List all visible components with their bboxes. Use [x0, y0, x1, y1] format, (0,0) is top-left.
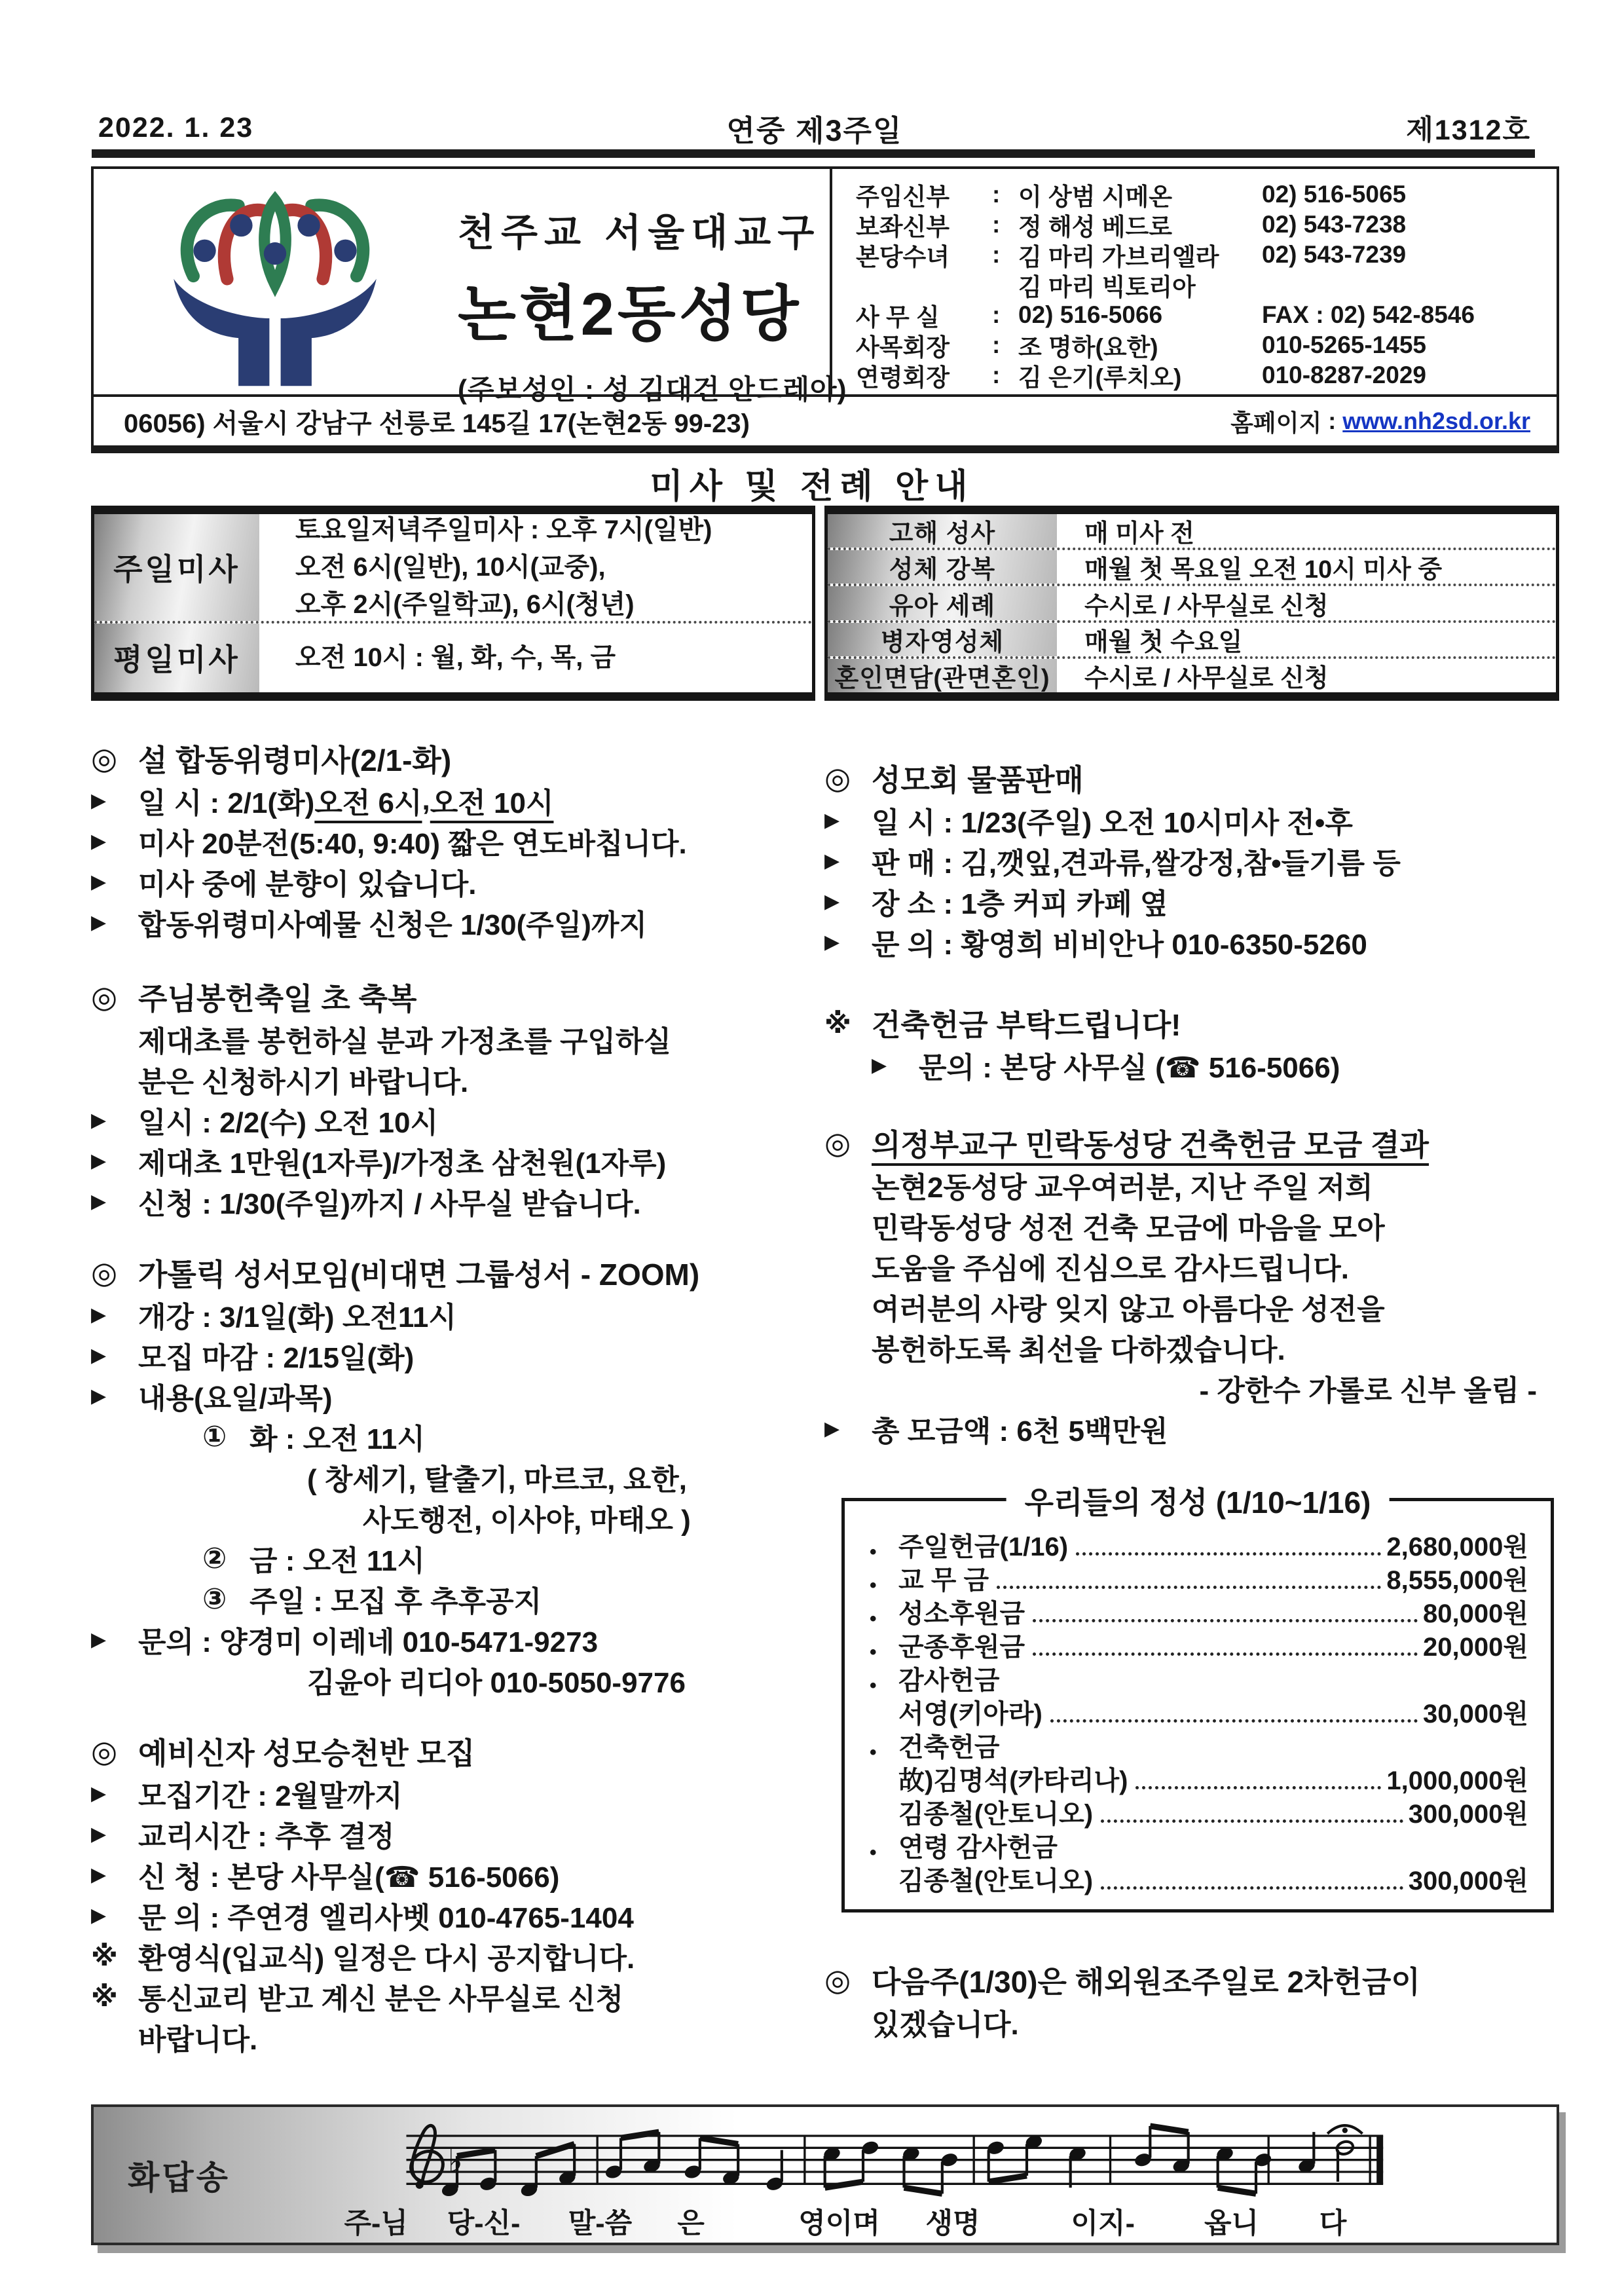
arrow-marker-icon: ▶ — [824, 809, 872, 832]
text-segment: 판 매 : 김,깻잎,견과류,쌀강정,참•들기름 등 — [872, 840, 1401, 882]
text-line: ▶문 의 : 황영희 비비안나 010-6350-5260 — [824, 922, 1559, 962]
donation-row: 김종철(안토니오)300,000원 — [864, 1797, 1528, 1831]
donation-label: 군종후원금 — [898, 1626, 1025, 1664]
donation-label: 연령 감사헌금 — [898, 1827, 1058, 1864]
psalm-syllable: 영이며 — [798, 2201, 880, 2241]
text-line: ▶합동위령미사예물 신청은 1/30(주일)까지 — [91, 902, 811, 942]
text-line: ▶일 시 : 1/23(주일) 오전 10시미사 전•후 — [824, 800, 1559, 840]
contact-phone: 02) 516-5065 — [1262, 181, 1543, 208]
text-line: ▶모집기간 : 2월말까지 — [91, 1773, 811, 1814]
text-segment: 일시 : 2/2(수) 오전 10시 — [138, 1099, 438, 1141]
masthead-box: 천주교 서울대교구 논현2동성당 (주보성인 : 성 김대건 안드레아) 주임신… — [91, 166, 1559, 453]
text-line: 사도행전, 이사야, 마태오 ) — [91, 1497, 811, 1538]
donation-amount: 1,000,000원 — [1386, 1760, 1528, 1797]
bullet-marker-icon: • — [864, 1641, 898, 1664]
donation-row: •군종후원금20,000원 — [864, 1630, 1528, 1664]
donation-label: 故)김명석(카타리나) — [898, 1760, 1128, 1797]
text-line: ▶문 의 : 주연경 엘리사벳 010-4765-1404 — [91, 1895, 811, 1935]
dot-leader — [1050, 1719, 1418, 1723]
text-line: 김윤아 리디아 010-5050-9776 — [91, 1660, 811, 1700]
text-segment: , — [422, 784, 430, 817]
sacrament-label: 혼인면담(관면혼인) — [828, 659, 1057, 692]
arrow-marker-icon: ▶ — [91, 1344, 138, 1367]
bullet-marker-icon: • — [864, 1742, 898, 1764]
arrow-marker-icon: ▶ — [91, 1904, 138, 1927]
text-line: ③주일 : 모집 후 추후공지 — [91, 1578, 811, 1619]
text-segment: 일 시 : 1/23(주일) 오전 10시미사 전•후 — [872, 799, 1353, 841]
psalm-syllable: 옵니 — [1204, 2201, 1259, 2241]
arrow-marker-icon: ▶ — [91, 1303, 138, 1326]
text-line: ▶문의 : 본당 사무실 (☎ 516-5066) — [824, 1045, 1559, 1085]
reference-marker-icon: ※ — [91, 1940, 138, 1972]
arrow-marker-icon: ▶ — [91, 1149, 138, 1172]
text-segment: 화 : 오전 11시 — [249, 1415, 425, 1457]
left-column: ◎설 합동위령미사(2/1-화)▶일 시 : 2/1(화) 오전 6시, 오전 … — [91, 737, 811, 2057]
arrow-marker-icon: ▶ — [91, 1109, 138, 1132]
section-heading: ◎가톨릭 성서모임(비대면 그룹성서 - ZOOM) — [91, 1251, 811, 1294]
text-segment: 통신교리 받고 계신 분은 사무실로 신청 — [138, 1975, 623, 2017]
text-segment: 봉헌하도록 최선을 다하겠습니다. — [872, 1326, 1285, 1368]
text-line: ▶신 청 : 본당 사무실(☎ 516-5066) — [91, 1854, 811, 1895]
address-bar: 06056) 서울시 강남구 선릉로 145길 17(논현2동 99-23) 홈… — [94, 394, 1557, 445]
dot-leader — [1033, 1619, 1418, 1622]
arrow-marker-icon: ▶ — [872, 1054, 919, 1077]
text-line: ▶일 시 : 2/1(화) 오전 6시, 오전 10시 — [91, 780, 811, 821]
contact-separator: : — [992, 301, 1018, 329]
bullet-marker-icon: • — [864, 1608, 898, 1630]
responsorial-psalm-label: 화답송 — [128, 2152, 231, 2199]
psalm-syllable: 주-님 — [344, 2201, 408, 2241]
text-segment: 장 소 : 1층 커피 카페 옆 — [872, 880, 1168, 922]
text-segment: 문의 : 본당 사무실 (☎ 516-5066) — [919, 1044, 1340, 1086]
bullet-marker-icon: • — [864, 1575, 898, 1597]
arrow-marker-icon: ▶ — [91, 1782, 138, 1805]
text-line: ▶제대초 1만원(1자루)/가정초 삼천원(1자루) — [91, 1140, 811, 1181]
double-circle-marker-icon: ◎ — [824, 760, 872, 796]
text-segment: ( 창세기, 탈출기, 마르코, 요한, — [307, 1456, 687, 1498]
donation-label: 김종철(안토니오) — [898, 1793, 1093, 1831]
section-heading: ◎예비신자 성모승천반 모집 — [91, 1730, 811, 1773]
text-segment: 문 의 : 주연경 엘리사벳 010-4765-1404 — [138, 1894, 634, 1936]
text-line: ▶내용(요일/과목) — [91, 1375, 811, 1416]
text-line: 논현2동성당 교우여러분, 지난 주일 저희 — [824, 1165, 1559, 1205]
sacrament-label: 병자영성체 — [828, 623, 1057, 656]
text-line: 봉헌하도록 최선을 다하겠습니다. — [824, 1327, 1559, 1368]
sacrament-label: 성체 강복 — [828, 550, 1057, 584]
arrow-marker-icon: ▶ — [824, 849, 872, 872]
donation-label: 성소후원금 — [898, 1593, 1025, 1630]
sacrament-row: 병자영성체매월 첫 수요일 — [828, 623, 1556, 659]
arrow-marker-icon: ▶ — [91, 1385, 138, 1408]
reference-marker-icon: ③ — [202, 1582, 249, 1616]
sacrament-value: 수시로 / 사무실로 신청 — [1057, 659, 1556, 692]
arrow-marker-icon: ▶ — [824, 890, 872, 913]
donation-row: •교 무 금8,555,000원 — [864, 1563, 1528, 1597]
text-line: 민락동성당 성전 건축 모금에 마음을 모아 — [824, 1205, 1559, 1246]
section-heading: ◎설 합동위령미사(2/1-화) — [91, 737, 811, 780]
text-line: 바랍니다. — [91, 2017, 811, 2057]
announcement-section: ◎예비신자 성모승천반 모집▶모집기간 : 2월말까지▶교리시간 : 추후 결정… — [91, 1730, 811, 2057]
donation-label: 교 무 금 — [898, 1559, 989, 1597]
church-name: 논현2동성당 — [458, 266, 847, 352]
bulletin-page: 2022. 1. 23 연중 제3주일 제1312호 — [0, 0, 1624, 2295]
announcement-section: ◎다음주(1/30)은 해외원조주일로 2차헌금이있겠습니다. — [824, 1958, 1559, 2042]
text-line: 분은 신청하시기 바랍니다. — [91, 1059, 811, 1100]
mass-row-content: 오전 10시 : 월, 화, 수, 목, 금 — [259, 624, 812, 692]
contact-name: 김 마리 빅토리아 — [1018, 267, 1262, 303]
sacrament-row: 혼인면담(관면혼인)수시로 / 사무실로 신청 — [828, 659, 1556, 692]
reference-marker-icon: ② — [202, 1542, 249, 1575]
text-segment: 논현2동성당 교우여러분, 지난 주일 저희 — [872, 1164, 1373, 1206]
text-line: ▶총 모금액 : 6천 5백만원 — [824, 1408, 1559, 1449]
text-segment: 환영식(입교식) 일정은 다시 공지합니다. — [138, 1935, 635, 1977]
text-line: 도움을 주심에 진심으로 감사드립니다. — [824, 1246, 1559, 1286]
donation-amount: 20,000원 — [1423, 1626, 1528, 1664]
text-line: 있겠습니다. — [824, 2002, 1559, 2042]
text-segment: 오전 10시 — [430, 779, 554, 821]
svg-text:♭: ♭ — [448, 2144, 463, 2179]
text-segment: 건축헌금 부탁드립니다! — [872, 1001, 1181, 1045]
text-segment: 제대초를 봉헌하실 분과 가정초를 구입하실 — [138, 1018, 671, 1060]
text-line: ▶판 매 : 김,깻잎,견과류,쌀강정,참•들기름 등 — [824, 840, 1559, 881]
text-line: 여러분의 사랑 잊지 않고 아름다운 성전을 — [824, 1286, 1559, 1327]
contact-row: 사 무 실:02) 516-5066FAX : 02) 542-8546 — [856, 300, 1543, 330]
arrow-marker-icon: ▶ — [91, 870, 138, 893]
text-line: ▶개강 : 3/1일(화) 오전11시 — [91, 1294, 811, 1335]
homepage-row: 홈페이지 : www.nh2sd.or.kr — [1230, 405, 1530, 438]
contact-phone: 010-5265-1455 — [1262, 331, 1543, 359]
text-line: ②금 : 오전 11시 — [91, 1538, 811, 1578]
text-line: ①화 : 오전 11시 — [91, 1416, 811, 1457]
diocese-name: 천주교 서울대교구 — [458, 202, 847, 257]
text-segment: 민락동성당 성전 건축 모금에 마음을 모아 — [872, 1204, 1385, 1246]
contact-row: 보좌신부:정 해성 베드로02) 543-7238 — [856, 210, 1543, 240]
text-line: ▶문의 : 양경미 이레네 010-5471-9273 — [91, 1619, 811, 1660]
text-segment: 신청 : 1/30(주일)까지 / 사무실 받습니다. — [138, 1180, 641, 1222]
donation-row: •감사헌금 — [864, 1664, 1528, 1697]
psalm-syllable: 은 — [677, 2201, 705, 2241]
text-segment: 총 모금액 : 6천 5백만원 — [872, 1408, 1168, 1449]
donation-label: 서영(키아라) — [898, 1693, 1043, 1730]
donation-label: 김종철(안토니오) — [898, 1860, 1093, 1897]
text-line: - 강한수 가롤로 신부 올림 - — [824, 1368, 1559, 1408]
top-bar: 2022. 1. 23 연중 제3주일 제1312호 — [98, 109, 1531, 147]
text-line: ▶장 소 : 1층 커피 카페 옆 — [824, 881, 1559, 922]
text-line: ▶미사 20분전(5:40, 9:40) 짧은 연도바칩니다. — [91, 821, 811, 861]
church-logo-icon — [134, 189, 416, 395]
announcement-section: ◎가톨릭 성서모임(비대면 그룹성서 - ZOOM)▶개강 : 3/1일(화) … — [91, 1251, 811, 1700]
sacrament-value: 매월 첫 목요일 오전 10시 미사 중 — [1057, 550, 1556, 584]
responsorial-psalm-box: 화답송 ♭ 주-님당-신-말-씀은영이며생명이지-옵니다 — [91, 2104, 1559, 2245]
mass-row-label: 주일미사 — [94, 514, 259, 621]
text-segment: 합동위령미사예물 신청은 1/30(주일)까지 — [138, 901, 647, 943]
arrow-marker-icon: ▶ — [824, 931, 872, 954]
mass-time-line: 오전 10시 : 월, 화, 수, 목, 금 — [295, 639, 812, 677]
text-segment: 문의 : 양경미 이레네 010-5471-9273 — [138, 1618, 598, 1660]
contact-name: 02) 516-5066 — [1018, 301, 1262, 329]
text-segment: 김윤아 리디아 010-5050-9776 — [307, 1659, 686, 1701]
sacrament-value: 수시로 / 사무실로 신청 — [1057, 586, 1556, 620]
issue-date: 2022. 1. 23 — [98, 112, 253, 144]
top-divider-rule — [92, 149, 1535, 158]
church-name-block: 천주교 서울대교구 논현2동성당 (주보성인 : 성 김대건 안드레아) — [458, 202, 847, 407]
right-column: ◎성모회 물품판매▶일 시 : 1/23(주일) 오전 10시미사 전•후▶판 … — [824, 737, 1559, 2042]
sacrament-row: 성체 강복매월 첫 목요일 오전 10시 미사 중 — [828, 550, 1556, 586]
sacrament-value: 매 미사 전 — [1057, 514, 1556, 548]
text-segment: 예비신자 성모승천반 모집 — [138, 1730, 475, 1773]
mass-time-line: 토요일저녁주일미사 : 오후 7시(일반) — [295, 512, 812, 549]
street-address: 06056) 서울시 강남구 선릉로 145길 17(논현2동 99-23) — [124, 403, 750, 440]
donation-row: 김종철(안토니오)300,000원 — [864, 1864, 1528, 1897]
contact-row: 본당수녀:김 마리 가브리엘라02) 543-7239 — [856, 240, 1543, 270]
announcement-section: ◎설 합동위령미사(2/1-화)▶일 시 : 2/1(화) 오전 6시, 오전 … — [91, 737, 811, 942]
music-staff: ♭ — [284, 2110, 1495, 2201]
masthead-main: 천주교 서울대교구 논현2동성당 (주보성인 : 성 김대건 안드레아) 주임신… — [94, 169, 1557, 394]
donation-row: •건축헌금 — [864, 1730, 1528, 1764]
section-heading: ※건축헌금 부탁드립니다! — [824, 1001, 1559, 1045]
section-heading: ◎성모회 물품판매 — [824, 756, 1559, 800]
text-segment: 성모회 물품판매 — [872, 756, 1084, 800]
announcement-section: ◎성모회 물품판매▶일 시 : 1/23(주일) 오전 10시미사 전•후▶판 … — [824, 756, 1559, 962]
sacrament-label: 유아 세례 — [828, 586, 1057, 620]
mass-table-row: 평일미사오전 10시 : 월, 화, 수, 목, 금 — [94, 624, 812, 692]
donation-amount: 30,000원 — [1423, 1693, 1528, 1730]
arrow-marker-icon: ▶ — [91, 1823, 138, 1846]
bullet-marker-icon: • — [864, 1541, 898, 1563]
text-line: ▶미사 중에 분향이 있습니다. — [91, 861, 811, 902]
contact-name: 김 은기(루치오) — [1018, 358, 1262, 393]
dot-leader — [1101, 1886, 1403, 1890]
contact-row: 연령회장:김 은기(루치오)010-8287-2029 — [856, 360, 1543, 390]
homepage-separator: : — [1328, 407, 1336, 435]
arrow-marker-icon: ▶ — [91, 1863, 138, 1886]
mass-time-line: 오전 6시(일반), 10시(교중), — [295, 549, 812, 586]
psalm-syllable: 생명 — [926, 2201, 980, 2241]
text-segment: 여러분의 사랑 잊지 않고 아름다운 성전을 — [872, 1286, 1385, 1328]
double-circle-marker-icon: ◎ — [91, 979, 138, 1015]
text-segment: 있겠습니다. — [872, 2001, 1019, 2043]
text-line: ※통신교리 받고 계신 분은 사무실로 신청 — [91, 1976, 811, 2017]
double-circle-marker-icon: ◎ — [824, 1962, 872, 1998]
arrow-marker-icon: ▶ — [91, 1628, 138, 1651]
text-segment: 제대초 1만원(1자루)/가정초 삼천원(1자루) — [138, 1140, 666, 1182]
sacrament-value: 매월 첫 수요일 — [1057, 623, 1556, 656]
contact-role: 본당수녀 — [856, 237, 992, 272]
arrow-marker-icon: ▶ — [824, 1417, 872, 1440]
text-segment: 미사 중에 분향이 있습니다. — [138, 861, 476, 903]
donation-amount: 300,000원 — [1409, 1793, 1528, 1831]
text-segment: 금 : 오전 11시 — [249, 1537, 425, 1579]
text-segment: - 강한수 가롤로 신부 올림 - — [1200, 1367, 1537, 1409]
liturgical-week-title: 연중 제3주일 — [727, 107, 903, 149]
text-segment: 다음주(1/30)은 해외원조주일로 2차헌금이 — [872, 1958, 1420, 2002]
text-line: ※환영식(입교식) 일정은 다시 공지합니다. — [91, 1935, 811, 1976]
arrow-marker-icon: ▶ — [91, 789, 138, 812]
contact-separator: : — [992, 331, 1018, 359]
reference-marker-icon: ① — [202, 1420, 249, 1453]
contact-row: 김 마리 빅토리아 — [856, 270, 1543, 300]
contact-role: 연령회장 — [856, 358, 992, 393]
mass-row-content: 토요일저녁주일미사 : 오후 7시(일반)오전 6시(일반), 10시(교중),… — [259, 514, 812, 621]
contact-phone: 02) 543-7239 — [1262, 241, 1543, 269]
donation-box: 우리들의 정성 (1/10~1/16)•주일헌금(1/16)2,680,000원… — [841, 1498, 1554, 1912]
donation-amount: 300,000원 — [1409, 1860, 1528, 1897]
sacrament-row: 유아 세례수시로 / 사무실로 신청 — [828, 586, 1556, 622]
contact-list: 주임신부:이 상범 시메온02) 516-5065보좌신부:정 해성 베드로02… — [830, 169, 1557, 394]
psalm-syllable: 당-신- — [447, 2201, 521, 2241]
psalm-syllable: 말-씀 — [568, 2201, 632, 2241]
contact-separator: : — [992, 211, 1018, 238]
donation-row: •주일헌금(1/16)2,680,000원 — [864, 1530, 1528, 1563]
text-segment: 교리시간 : 추후 결정 — [138, 1813, 394, 1855]
donation-row: 서영(키아라)30,000원 — [864, 1697, 1528, 1730]
contact-separator: : — [992, 241, 1018, 269]
text-segment: 가톨릭 성서모임(비대면 그룹성서 - ZOOM) — [138, 1251, 699, 1294]
dot-leader — [1076, 1552, 1381, 1556]
text-line: ▶모집 마감 : 2/15일(화) — [91, 1335, 811, 1375]
mass-row-label: 평일미사 — [94, 624, 259, 692]
homepage-label: 홈페이지 — [1230, 405, 1321, 438]
text-segment: 분은 신청하시기 바랍니다. — [138, 1058, 468, 1100]
dot-leader — [1101, 1819, 1403, 1823]
mass-time-line: 오후 2시(주일학교), 6시(청년) — [295, 586, 812, 624]
contact-separator: : — [992, 362, 1018, 389]
dot-leader — [997, 1586, 1381, 1589]
bullet-marker-icon: • — [864, 1842, 898, 1864]
text-segment: 바랍니다. — [138, 2016, 257, 2058]
announcement-section: ◎의정부교구 민락동성당 건축헌금 모금 결과논현2동성당 교우여러분, 지난 … — [824, 1121, 1559, 1449]
contact-separator: : — [992, 181, 1018, 208]
text-segment: 내용(요일/과목) — [138, 1375, 333, 1417]
contact-phone: FAX : 02) 542-8546 — [1262, 301, 1543, 329]
double-circle-marker-icon: ◎ — [91, 1734, 138, 1769]
text-segment: 신 청 : 본당 사무실(☎ 516-5066) — [138, 1854, 559, 1895]
bullet-marker-icon: • — [864, 1675, 898, 1697]
text-segment: 모집기간 : 2월말까지 — [138, 1772, 403, 1814]
text-line: ▶교리시간 : 추후 결정 — [91, 1814, 811, 1854]
text-line: 제대초를 봉헌하실 분과 가정초를 구입하실 — [91, 1018, 811, 1059]
issue-number: 제1312호 — [1406, 108, 1531, 148]
contact-row: 사목회장:조 명하(요한)010-5265-1455 — [856, 330, 1543, 360]
section-heading: ◎주님봉헌축일 초 축복 — [91, 975, 811, 1018]
section-heading: ◎다음주(1/30)은 해외원조주일로 2차헌금이 — [824, 1958, 1559, 2002]
contact-phone: 02) 543-7238 — [1262, 211, 1543, 238]
text-segment: 문 의 : 황영희 비비안나 010-6350-5260 — [872, 921, 1367, 963]
psalm-syllable: 다 — [1319, 2201, 1347, 2241]
psalm-syllable: 이지- — [1071, 2201, 1135, 2241]
donation-row: •성소후원금80,000원 — [864, 1597, 1528, 1630]
donation-amount: 8,555,000원 — [1386, 1559, 1528, 1597]
text-segment: 사도행전, 이사야, 마태오 ) — [363, 1497, 691, 1539]
donation-label: 건축헌금 — [898, 1726, 1000, 1764]
double-circle-marker-icon: ◎ — [824, 1125, 872, 1161]
donation-label: 주일헌금(1/16) — [898, 1526, 1068, 1563]
announcement-section: ※건축헌금 부탁드립니다!▶문의 : 본당 사무실 (☎ 516-5066) — [824, 1001, 1559, 1085]
arrow-marker-icon: ▶ — [91, 1190, 138, 1213]
section-heading: ◎의정부교구 민락동성당 건축헌금 모금 결과 — [824, 1121, 1559, 1165]
mass-guide-title: 미사 및 전례 안내 — [0, 458, 1624, 508]
psalm-lyrics: 주-님당-신-말-씀은영이며생명이지-옵니다 — [284, 2201, 1495, 2239]
reference-marker-icon: ※ — [91, 1981, 138, 2013]
sacrament-schedule-table: 고해 성사매 미사 전성체 강복매월 첫 목요일 오전 10시 미사 중유아 세… — [824, 506, 1559, 701]
text-segment: 개강 : 3/1일(화) 오전11시 — [138, 1294, 456, 1335]
dot-leader — [1033, 1652, 1418, 1656]
double-circle-marker-icon: ◎ — [91, 741, 138, 776]
reference-marker-icon: ※ — [824, 1007, 872, 1039]
contact-phone: 010-8287-2029 — [1262, 362, 1543, 389]
sacrament-label: 고해 성사 — [828, 514, 1057, 548]
text-segment: 오전 6시 — [314, 779, 422, 821]
donation-row: 故)김명석(카타리나)1,000,000원 — [864, 1764, 1528, 1797]
text-segment: 주님봉헌축일 초 축복 — [138, 975, 417, 1018]
text-segment: 일 시 : 2/1(화) — [138, 779, 314, 821]
arrow-marker-icon: ▶ — [91, 911, 138, 934]
donation-row: •연령 감사헌금 — [864, 1831, 1528, 1864]
donation-amount: 80,000원 — [1423, 1593, 1528, 1630]
text-segment: 미사 20분전(5:40, 9:40) 짧은 연도바칩니다. — [138, 820, 687, 862]
text-line: ▶신청 : 1/30(주일)까지 / 사무실 받습니다. — [91, 1181, 811, 1222]
double-circle-marker-icon: ◎ — [91, 1255, 138, 1290]
mass-schedule-table: 주일미사토요일저녁주일미사 : 오후 7시(일반)오전 6시(일반), 10시(… — [91, 506, 815, 701]
dot-leader — [1135, 1786, 1381, 1789]
text-line: ( 창세기, 탈출기, 마르코, 요한, — [91, 1457, 811, 1497]
text-line: ▶일시 : 2/2(수) 오전 10시 — [91, 1100, 811, 1140]
announcement-section: ◎주님봉헌축일 초 축복제대초를 봉헌하실 분과 가정초를 구입하실분은 신청하… — [91, 975, 811, 1222]
donation-box-title: 우리들의 정성 (1/10~1/16) — [1006, 1479, 1390, 1522]
text-segment: 의정부교구 민락동성당 건축헌금 모금 결과 — [872, 1121, 1429, 1165]
donation-label: 감사헌금 — [898, 1660, 1000, 1697]
arrow-marker-icon: ▶ — [91, 830, 138, 853]
donation-amount: 2,680,000원 — [1386, 1526, 1528, 1563]
sacrament-row: 고해 성사매 미사 전 — [828, 514, 1556, 550]
contact-row: 주임신부:이 상범 시메온02) 516-5065 — [856, 179, 1543, 210]
homepage-link[interactable]: www.nh2sd.or.kr — [1342, 407, 1530, 435]
text-segment: 설 합동위령미사(2/1-화) — [138, 737, 451, 780]
mass-table-row: 주일미사토요일저녁주일미사 : 오후 7시(일반)오전 6시(일반), 10시(… — [94, 514, 812, 624]
text-segment: 주일 : 모집 후 추후공지 — [249, 1578, 542, 1620]
text-segment: 모집 마감 : 2/15일(화) — [138, 1334, 414, 1376]
text-segment: 도움을 주심에 진심으로 감사드립니다. — [872, 1245, 1349, 1287]
